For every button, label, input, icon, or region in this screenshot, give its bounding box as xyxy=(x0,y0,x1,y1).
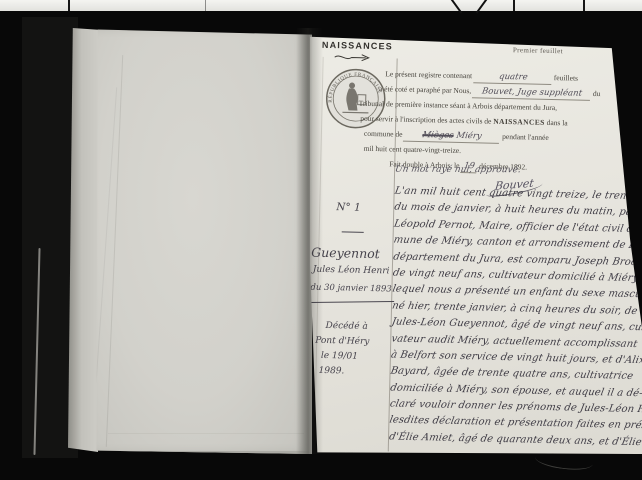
death-note-line: Décédé à xyxy=(325,321,367,332)
fill-folio-count: quatre xyxy=(473,70,553,85)
ruler-tick xyxy=(513,0,515,11)
act-margin-annotations: N° 1 Gueyennot Jules Léon Henri du 30 ja… xyxy=(307,193,399,450)
margin-dash xyxy=(308,301,394,303)
acts-type-label: NAISSANCES xyxy=(493,117,545,127)
page-title: NAISSANCES xyxy=(322,40,393,52)
page-stack-edge xyxy=(68,28,98,452)
title-flourish-icon xyxy=(334,52,376,63)
right-register-page: NAISSANCES Premier feuillet RÉPUBLIQUE F… xyxy=(310,33,642,454)
act-given-names: Jules Léon Henri xyxy=(313,265,390,277)
struck-commune: Mièges xyxy=(422,130,455,141)
death-note-line: 1989. xyxy=(318,366,344,377)
act-number: N° 1 xyxy=(336,201,361,214)
ruler-tick xyxy=(68,0,70,11)
margin-dash xyxy=(342,231,364,232)
fill-magistrate-name: Bouvet, Juge suppléant xyxy=(472,85,592,101)
ruler-tick xyxy=(205,0,206,11)
ruler-v-mark xyxy=(476,0,489,14)
ruler-tick xyxy=(583,0,585,11)
approval-note: Un mot rayé nul, approuvé. xyxy=(394,165,522,176)
folio-label: Premier feuillet xyxy=(513,46,563,55)
fill-commune-name: Mièges Miéry xyxy=(403,129,501,144)
act-date-note: du 30 janvier 1893 xyxy=(310,283,391,295)
birth-act-text: L'an mil huit cent quatre vingt treize, … xyxy=(389,184,642,452)
death-note-line: le 19/01 xyxy=(321,351,358,362)
register-scan: NAISSANCES Premier feuillet RÉPUBLIQUE F… xyxy=(0,0,642,480)
act-surname: Gueyennot xyxy=(311,245,380,262)
page-crease xyxy=(108,433,304,434)
death-note-line: Pont d'Héry xyxy=(315,336,369,347)
ruler-v-mark xyxy=(450,0,463,14)
scanner-ruler-strip xyxy=(0,0,642,11)
left-blank-page xyxy=(96,27,312,454)
